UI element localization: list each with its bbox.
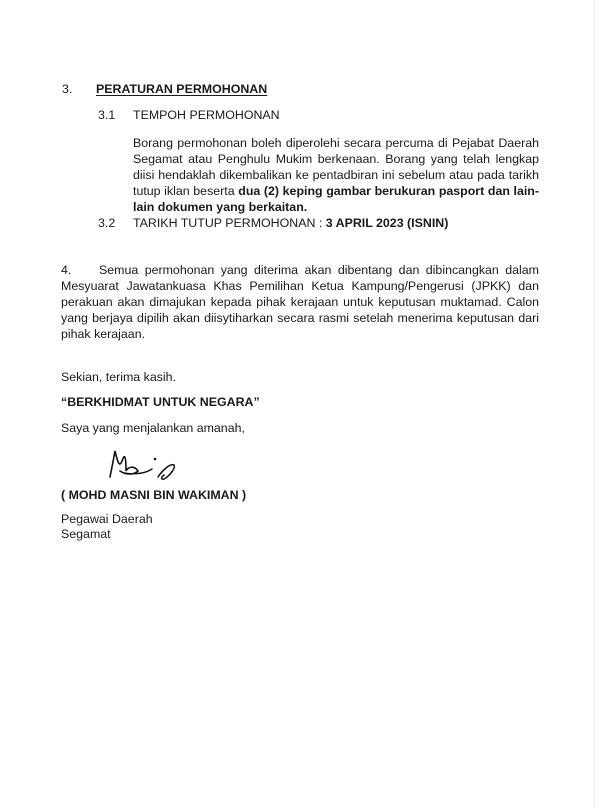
signature-icon (100, 447, 190, 483)
motto: “BERKHIDMAT UNTUK NEGARA” (61, 395, 260, 409)
section-4-body: Semua permohonan yang diterima akan dibe… (61, 263, 539, 341)
closing-thanks: Sekian, terima kasih. (61, 370, 176, 384)
section-3-2-line: TARIKH TUTUP PERMOHONAN : 3 APRIL 2023 (… (133, 216, 448, 230)
closing-trust: Saya yang menjalankan amanah, (61, 421, 245, 435)
section-3-number: 3. (62, 82, 72, 96)
signatory-name: ( MOHD MASNI BIN WAKIMAN ) (61, 488, 246, 502)
closing-date-label: TARIKH TUTUP PERMOHONAN : (133, 216, 326, 230)
section-3-title: PERATURAN PERMOHONAN (96, 82, 267, 96)
signatory-location: Segamat (61, 527, 111, 541)
page-edge (594, 0, 595, 808)
section-3-1-number: 3.1 (98, 108, 115, 122)
section-4-paragraph: 4.Semua permohonan yang diterima akan di… (61, 262, 539, 342)
signatory-position: Pegawai Daerah (61, 512, 153, 526)
section-4-number: 4. (61, 262, 99, 278)
section-3-1-paragraph: Borang permohonan boleh diperolehi secar… (133, 135, 539, 215)
section-3-1-title: TEMPOH PERMOHONAN (133, 108, 280, 122)
closing-date-value: 3 APRIL 2023 (ISNIN) (326, 216, 449, 230)
section-3-2-number: 3.2 (98, 216, 115, 230)
